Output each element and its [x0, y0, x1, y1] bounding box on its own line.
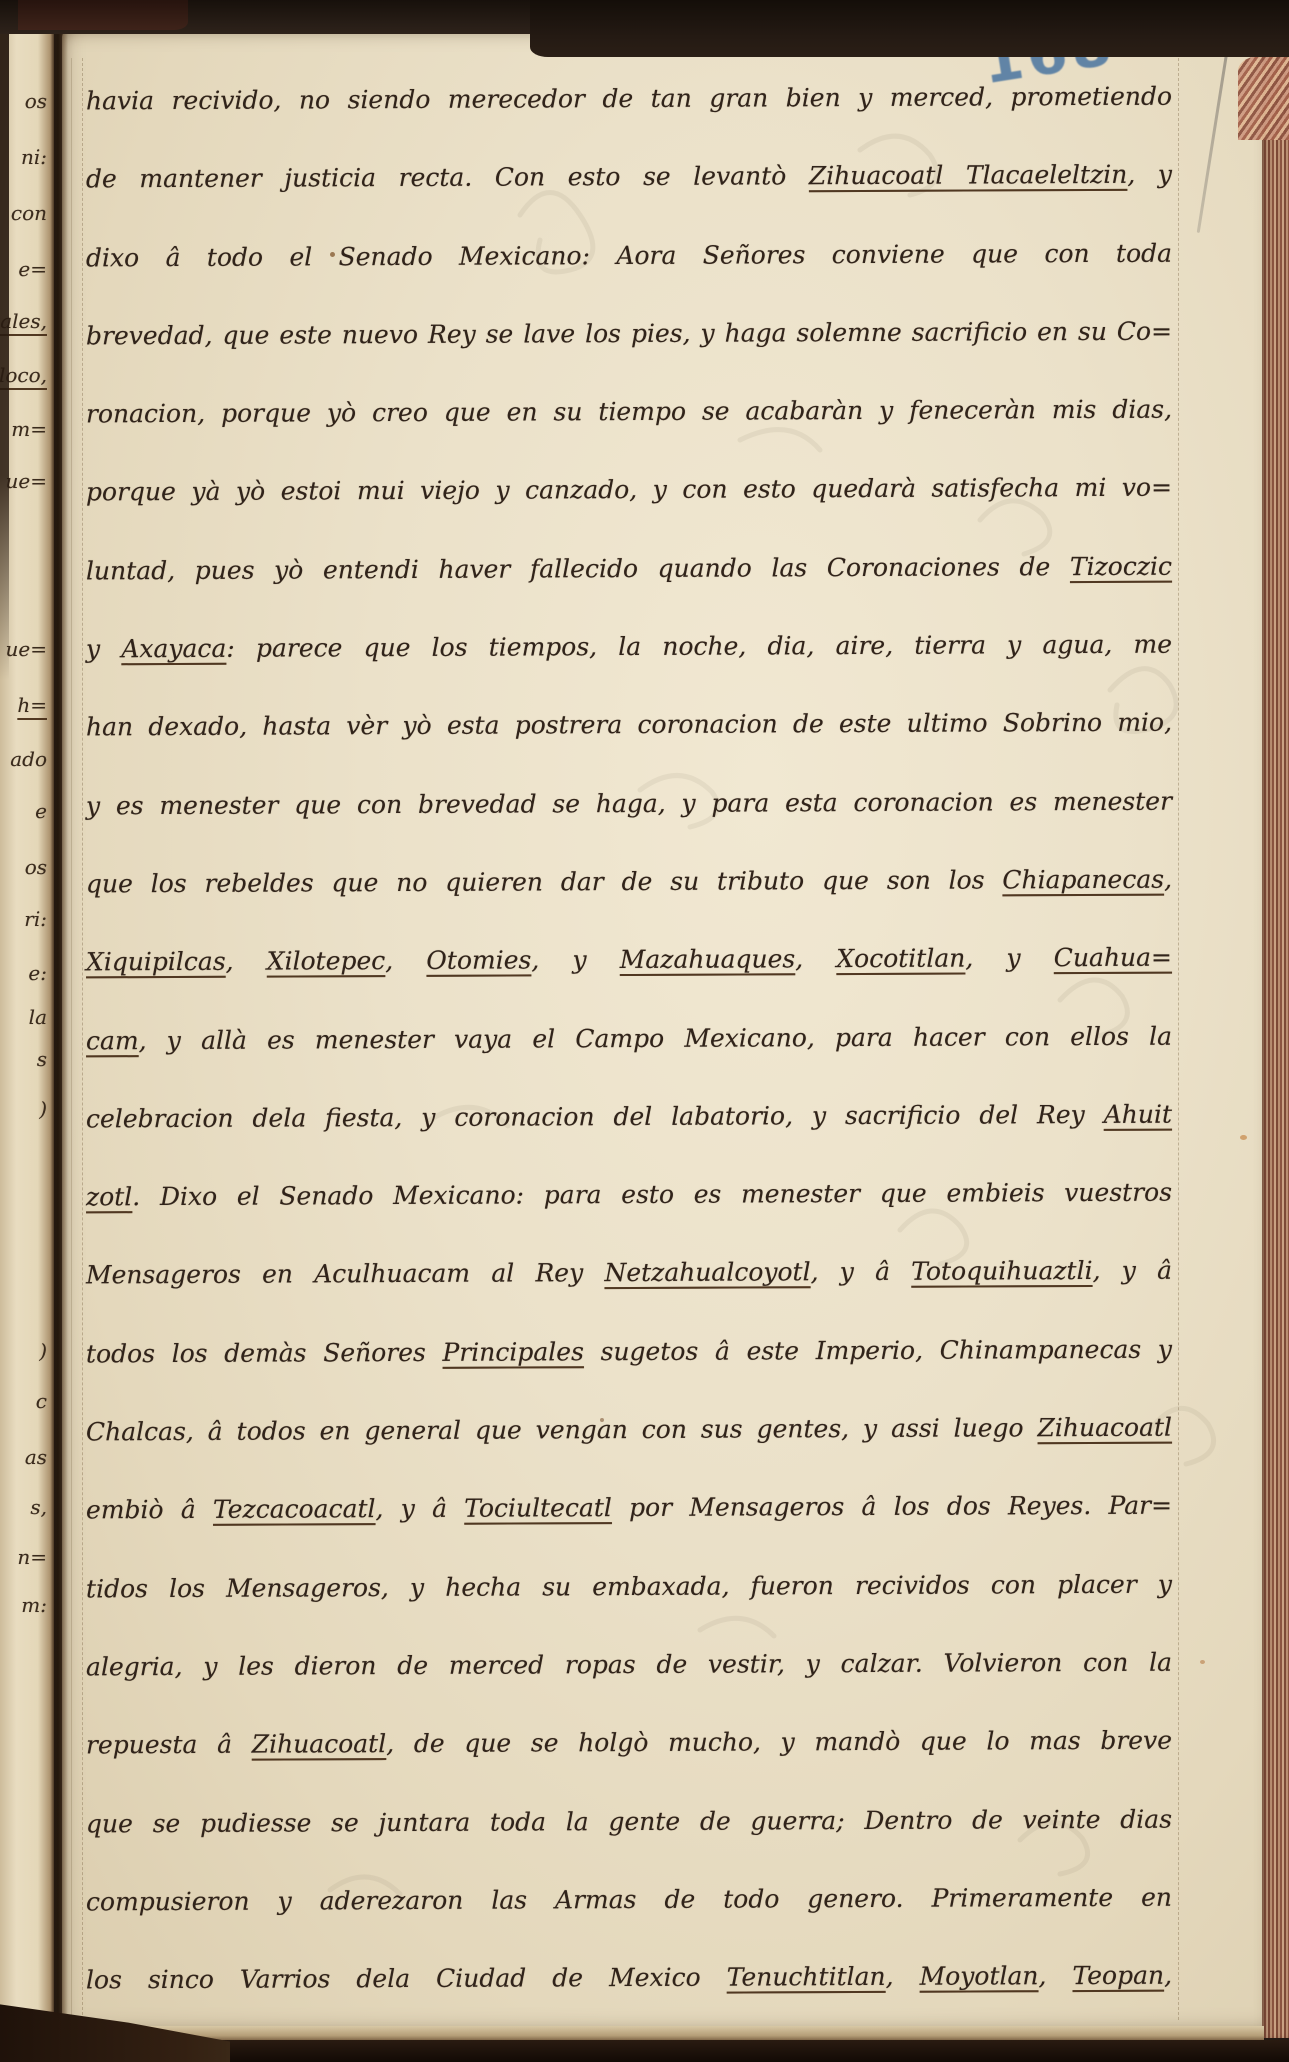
text-segment: ,	[385, 946, 426, 975]
underlined-word: Tizoczic	[1070, 551, 1172, 580]
ink-speck	[330, 252, 335, 257]
manuscript-line: han dexado, hasta vèr yò esta postrera c…	[86, 684, 1172, 767]
underlined-word: Ahuit	[1104, 1099, 1172, 1128]
text-segment: dixo â todo el Senado Mexicano: Aora Señ…	[86, 238, 1172, 272]
text-segment: y es menester que con brevedad se haga, …	[86, 786, 1172, 820]
manuscript-line: brevedad, que este nuevo Rey se lave los…	[86, 293, 1172, 376]
underlined-word: Zihuacoatl Tlacaeleltzin	[809, 160, 1128, 190]
facing-page-text-fragment: )	[39, 1082, 47, 1136]
book-spine-tint	[18, 0, 188, 30]
text-segment: celebracion dela fiesta, y coronacion de…	[86, 1100, 1104, 1133]
manuscript-line: embiò â Tezcacoacatl, y â Tociultecatl p…	[86, 1467, 1172, 1550]
facing-page-text-fragment: m=	[11, 402, 47, 456]
facing-page-text-fragment: s,	[30, 1480, 47, 1534]
facing-page-text-fragment: os	[25, 840, 47, 894]
text-segment: , y	[531, 945, 620, 974]
facing-page-text-fragment: as	[25, 1430, 47, 1484]
ink-speck	[600, 1418, 604, 1422]
text-segment: ,	[886, 1962, 920, 1991]
text-segment: que los rebeldes que no quieren dar de s…	[86, 865, 1002, 898]
text-segment: tidos los Mensageros, y hecha su embaxad…	[86, 1569, 1172, 1603]
facing-page-text-fragment: )	[39, 1324, 47, 1378]
facing-page-text-fragment: ue=	[6, 454, 47, 508]
underlined-word: Xilotepec	[267, 946, 386, 976]
text-segment: y	[86, 634, 121, 663]
underlined-word: Mazahuaques	[620, 945, 796, 975]
underlined-word: Xiquipilcas	[86, 947, 226, 977]
underlined-word: Totoquihuaztli	[911, 1256, 1092, 1286]
page-gutter	[50, 26, 68, 2026]
manuscript-line: compusieron y aderezaron las Armas de to…	[86, 1858, 1172, 1941]
facing-page-text-fragment: ri:	[24, 892, 47, 946]
manuscript-line: Mensageros en Aculhuacam al Rey Netzahua…	[86, 1232, 1172, 1315]
left-fold-line	[71, 58, 72, 2020]
underlined-word: zotl	[86, 1182, 132, 1211]
underlined-word: Tenuchtitlan	[727, 1962, 886, 1992]
underlined-word: Netzahualcoyotl	[604, 1258, 810, 1288]
text-segment: ,	[1038, 1961, 1072, 1990]
facing-page-text-fragment: m:	[21, 1578, 47, 1632]
text-segment: porque yà yò estoi mui viejo y canzado, …	[86, 473, 1172, 507]
text-segment: ronacion, porque yò creo que en su tiemp…	[86, 395, 1172, 429]
underlined-word: Cuahua=	[1054, 943, 1172, 973]
manuscript-line: cam, y allà es menester vaya el Campo Me…	[86, 997, 1172, 1080]
manuscript-line: luntad, pues yò entendi haver fallecido …	[86, 527, 1172, 610]
text-segment: por Mensageros â los dos Reyes. Par=	[612, 1491, 1172, 1522]
text-segment: todos los demàs Señores	[86, 1338, 443, 1369]
text-segment: ,	[795, 944, 836, 973]
left-margin-rule	[82, 58, 83, 2020]
facing-page-text-fragment: e=	[18, 242, 47, 296]
facing-page-text-fragment: c	[36, 1374, 47, 1428]
underlined-word: Zihuacoatl	[1037, 1413, 1172, 1443]
text-segment: ,	[226, 947, 267, 976]
page-corner-stack	[1238, 55, 1289, 140]
text-segment: alegria, y les dieron de merced ropas de…	[86, 1648, 1172, 1682]
underlined-word: Xocotitlan	[836, 944, 965, 974]
text-segment: : parece que los tiempos, la noche, dia,…	[226, 630, 1172, 663]
facing-page-text-fragment: ue=	[6, 622, 47, 676]
underlined-word: Axayaca	[121, 634, 226, 663]
manuscript-text: havia recivido, no siendo merecedor de t…	[86, 60, 1172, 2017]
facing-page-text-fragment: con	[11, 186, 47, 240]
text-segment: , y allà es menester vaya el Campo Mexic…	[139, 1021, 1172, 1055]
manuscript-line: tidos los Mensageros, y hecha su embaxad…	[86, 1545, 1172, 1628]
manuscript-line: Chalcas, â todos en general que vengan c…	[86, 1389, 1172, 1472]
underlined-word: Teopan	[1072, 1961, 1164, 1990]
text-segment: de mantener justicia recta. Con esto se …	[86, 162, 809, 194]
manuscript-photo: havia recivido, no siendo merecedor de t…	[0, 0, 1289, 2062]
manuscript-line: porque yà yò estoi mui viejo y canzado, …	[86, 449, 1172, 532]
manuscript-line: que se pudiesse se juntara toda la gente…	[86, 1780, 1172, 1863]
manuscript-line: los sinco Varrios dela Ciudad de Mexico …	[86, 1937, 1172, 2020]
manuscript-line: alegria, y les dieron de merced ropas de…	[86, 1624, 1172, 1707]
manuscript-line: zotl. Dixo el Senado Mexicano: para esto…	[86, 1154, 1172, 1237]
text-segment: luntad, pues yò entendi haver fallecido …	[86, 552, 1070, 585]
underlined-word: Tociultecatl	[464, 1493, 612, 1523]
manuscript-line: que los rebeldes que no quieren dar de s…	[86, 841, 1172, 924]
text-segment: , y â	[1092, 1256, 1172, 1285]
manuscript-line: de mantener justicia recta. Con esto se …	[86, 136, 1172, 219]
text-segment: repuesta â	[86, 1730, 252, 1760]
text-segment: ,	[1164, 1961, 1172, 1990]
underlined-word: Zihuacoatl	[252, 1729, 387, 1759]
fore-edge-pages	[1262, 52, 1289, 2038]
underlined-word: Moyotlan	[920, 1961, 1039, 1991]
text-segment: , de que se holgò mucho, y mandò que lo …	[386, 1726, 1172, 1758]
facing-page-text-fragment: h=	[17, 678, 47, 732]
facing-page-text-fragment: ni:	[21, 130, 47, 184]
text-segment: , y	[1127, 160, 1172, 189]
manuscript-line: dixo â todo el Senado Mexicano: Aora Señ…	[86, 214, 1172, 297]
photo-left-edge	[0, 0, 9, 680]
facing-page-text-fragment: n=	[17, 1530, 47, 1584]
manuscript-line: ronacion, porque yò creo que en su tiemp…	[86, 371, 1172, 454]
text-segment: embiò â	[86, 1495, 213, 1525]
ink-speck	[1200, 1660, 1205, 1664]
text-segment: ,	[1164, 865, 1172, 894]
facing-page-text-fragment: ado	[10, 732, 47, 786]
underlined-word: cam	[86, 1026, 139, 1055]
manuscript-line: repuesta â Zihuacoatl, de que se holgò m…	[86, 1702, 1172, 1785]
manuscript-line: celebracion dela fiesta, y coronacion de…	[86, 1075, 1172, 1158]
text-segment: . Dixo el Senado Mexicano: para esto es …	[132, 1178, 1172, 1212]
text-segment: que se pudiesse se juntara toda la gente…	[86, 1804, 1172, 1838]
facing-page-text-fragment: os	[25, 74, 47, 128]
text-segment: brevedad, que este nuevo Rey se lave los…	[86, 317, 1172, 351]
text-segment: Mensageros en Aculhuacam al Rey	[86, 1259, 605, 1290]
underlined-word: Chiapanecas	[1002, 865, 1164, 895]
manuscript-line: y Axayaca: parece que los tiempos, la no…	[86, 606, 1172, 689]
text-segment: los sinco Varrios dela Ciudad de Mexico	[86, 1963, 727, 1995]
text-segment: compusieron y aderezaron las Armas de to…	[86, 1882, 1172, 1916]
text-segment: sugetos â este Imperio, Chinampanecas y	[584, 1334, 1172, 1366]
text-segment: Chalcas, â todos en general que vengan c…	[86, 1413, 1038, 1446]
facing-page-text-fragment: e	[35, 784, 47, 838]
underlined-word: Principales	[442, 1337, 584, 1367]
ink-speck	[1240, 1135, 1247, 1140]
manuscript-line: todos los demàs Señores Principales suge…	[86, 1310, 1172, 1393]
right-margin-rule	[1178, 58, 1179, 2020]
text-segment: , y â	[375, 1494, 464, 1523]
facing-page-text-fragment: s	[37, 1032, 47, 1086]
underlined-word: Tezcacoacatl	[213, 1494, 376, 1524]
underlined-word: Otomies	[426, 946, 531, 975]
text-segment: han dexado, hasta vèr yò esta postrera c…	[86, 708, 1172, 742]
text-segment: , y â	[811, 1257, 912, 1286]
manuscript-line: Xiquipilcas, Xilotepec, Otomies, y Mazah…	[86, 919, 1172, 1002]
manuscript-line: y es menester que con brevedad se haga, …	[86, 762, 1172, 845]
text-segment: , y	[965, 943, 1054, 972]
book-binding-top-right	[530, 0, 1289, 57]
